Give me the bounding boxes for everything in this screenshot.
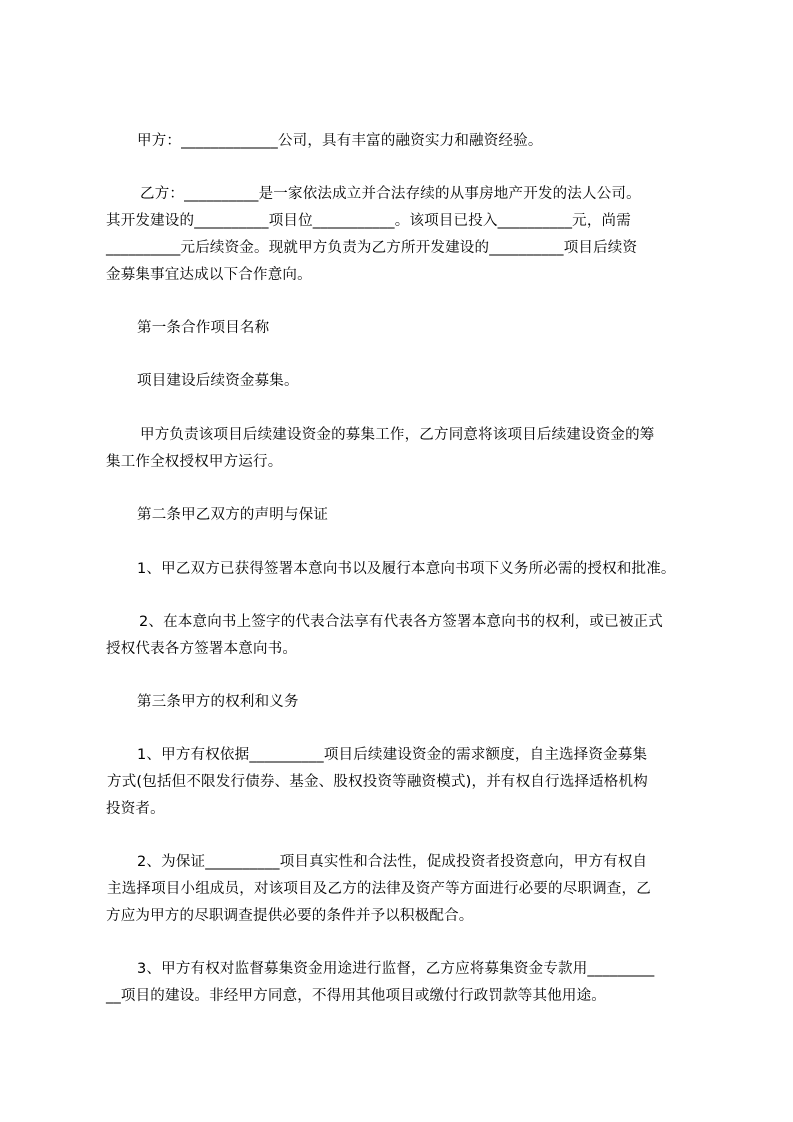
party-b-line-3: __________元后续资金。现就甲方负责为乙方所开发建设的_________… bbox=[106, 238, 637, 258]
article-2-item-2-line-2: 授权代表各方签署本意向书。 bbox=[106, 639, 297, 659]
article-3-item-2-line-1: 2、为保证__________项目真实性和合法性，促成投资者投资意向，甲方有权自 bbox=[137, 852, 647, 872]
party-b-line-1: 乙方：__________是一家依法成立并合法存续的从事房地产开发的法人公司。 bbox=[140, 184, 641, 204]
article-3-item-3-line-1: 3、甲方有权对监督募集资金用途进行监督，乙方应将募集资金专款用_________ bbox=[137, 959, 654, 979]
party-b-line-2: 其开发建设的__________项目位___________。该项目已投入___… bbox=[106, 211, 631, 231]
article-1-paragraph-1: 项目建设后续资金募集。 bbox=[137, 371, 299, 391]
party-a-line: 甲方：_____________公司，具有丰富的融资实力和融资经验。 bbox=[137, 131, 543, 151]
article-1-title: 第一条合作项目名称 bbox=[137, 318, 269, 338]
article-3-item-1-line-2: 方式(包括但不限发行债券、基金、股权投资等融资模式)，并有权自行选择适格机构 bbox=[107, 772, 648, 792]
article-3-item-2-line-3: 方应为甲方的尽职调查提供必要的条件并予以积极配合。 bbox=[106, 906, 474, 926]
article-2-item-2-line-1: 2、在本意向书上签字的代表合法享有代表各方签署本意向书的权利，或已被正式 bbox=[139, 612, 663, 632]
article-2-title: 第二条甲乙双方的声明与保证 bbox=[137, 505, 328, 525]
party-b-line-4: 金募集事宜达成以下合作意向。 bbox=[106, 265, 312, 285]
article-1-paragraph-2-line-1: 甲方负责该项目后续建设资金的募集工作，乙方同意将该项目后续建设资金的筹 bbox=[140, 425, 655, 445]
article-3-item-1-line-1: 1、甲方有权依据__________项目后续建设资金的需求额度，自主选择资金募集 bbox=[137, 745, 647, 765]
article-3-item-3-line-2: __项目的建设。非经甲方同意，不得用其他项目或缴付行政罚款等其他用途。 bbox=[106, 986, 606, 1006]
article-3-title: 第三条甲方的权利和义务 bbox=[137, 692, 299, 712]
article-2-item-1: 1、甲乙双方已获得签署本意向书以及履行本意向书项下义务所必需的授权和批准。 bbox=[137, 559, 676, 579]
article-1-paragraph-2-line-2: 集工作全权授权甲方运行。 bbox=[106, 452, 282, 472]
article-3-item-1-line-3: 投资者。 bbox=[106, 799, 165, 819]
document-page: 甲方：_____________公司，具有丰富的融资实力和融资经验。 乙方：__… bbox=[0, 0, 793, 1122]
article-3-item-2-line-2: 主选择项目小组成员，对该项目及乙方的法律及资产等方面进行必要的尽职调查，乙 bbox=[107, 879, 651, 899]
